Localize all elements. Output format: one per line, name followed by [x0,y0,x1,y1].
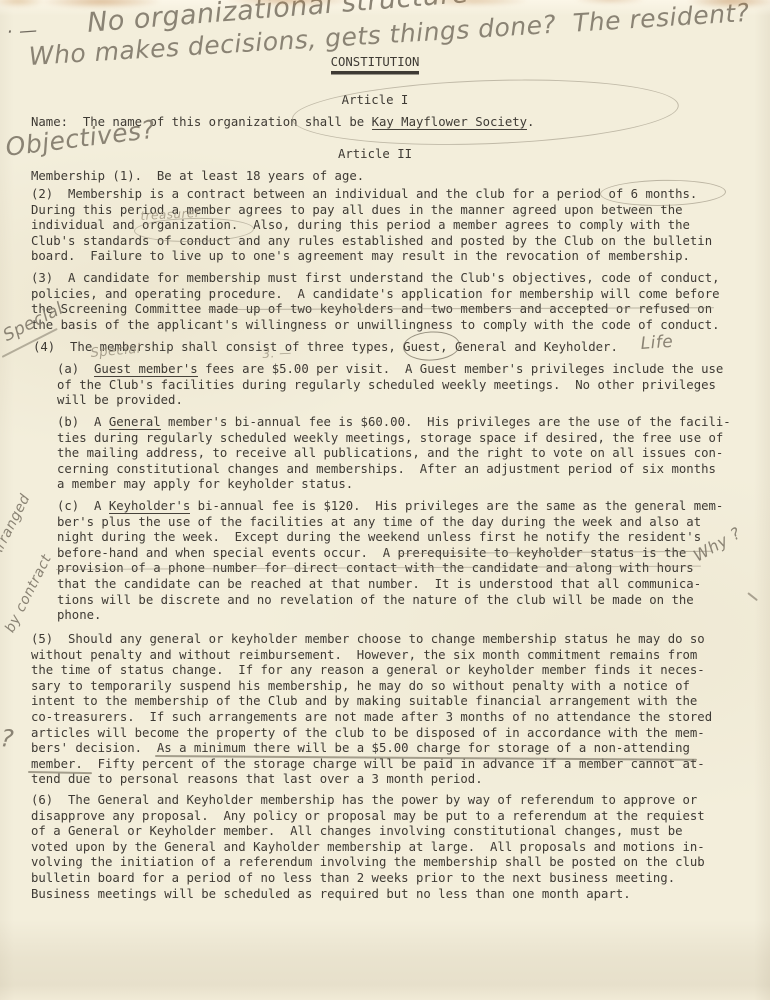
scanned-document-page: CONSTITUTIONArticle IName: The name of t… [0,0,770,1000]
paragraph-3-line-0-seg-0: (3) A candidate for membership must firs… [31,271,720,285]
article-1-heading: Article I [0,93,750,109]
paragraph-4-line-0: (4) The membership shall consist of thre… [33,340,618,356]
paragraph-4c-line-0-seg-2: bi-annual fee is $120. His privileges ar… [190,499,723,513]
paragraph-5-line-5-seg-0: co-treasurers. If such arrangements are … [31,710,712,724]
paragraph-4c-line-4-seg-0: provision of a phone number for direct c… [57,561,694,575]
paragraph-4c-line-0-seg-0: (c) A [57,499,109,513]
paragraph-2-line-4-seg-0: board. Failure to live up to one's agree… [31,249,690,263]
paragraph-3-line-1: policies, and operating procedure. A can… [31,287,720,303]
paragraph-2: (2) Membership is a contract between an … [31,187,712,265]
paragraph-5-line-7-seg-0: bers' decision. As a minimum there will … [31,741,690,755]
paragraph-4c-line-6: tions will be discrete and no revelation… [57,593,723,609]
paragraph-4a-line-1: of the Club's facilities during regularl… [57,378,723,394]
name-line-line-0-seg-0: Name: The name of this organization shal… [31,115,372,129]
paragraph-2-line-1: During this period a member agrees to pa… [31,203,712,219]
paragraph-5-line-2: the time of status change. If for any re… [31,663,712,679]
paragraph-4c-line-3-seg-0: before-hand and when special events occu… [57,546,686,560]
paragraph-4b-line-0-seg-1: General [109,415,161,430]
paragraph-4c-line-2-seg-0: night during the week. Except during the… [57,530,701,544]
article-2-heading-line-0-seg-0: Article II [338,147,412,161]
paragraph-3-line-2: the Screening Committee made up of two k… [31,302,720,318]
paragraph-5-line-0-seg-0: (5) Should any general or keyholder memb… [31,632,705,646]
paragraph-4c-line-1: ber's plus the use of the facilities at … [57,515,723,531]
paragraph-6-line-4: volving the initiation of a referendum i… [31,855,705,871]
paragraph-6-line-1: disapprove any proposal. Any policy or p… [31,809,705,825]
paragraph-4c-line-6-seg-0: tions will be discrete and no revelation… [57,593,694,607]
doc-title-line-0-seg-0: CONSTITUTION [331,55,420,72]
paragraph-5-line-7: bers' decision. As a minimum there will … [31,741,712,757]
paragraph-4c-line-5-seg-0: that the candidate can be reached at tha… [57,577,701,591]
paragraph-4a-line-2-seg-0: will be provided. [57,393,183,407]
paragraph-3-line-0: (3) A candidate for membership must firs… [31,271,720,287]
paragraph-5: (5) Should any general or keyholder memb… [31,632,712,788]
paragraph-6-line-1-seg-0: disapprove any proposal. Any policy or p… [31,809,705,823]
paragraph-5-line-6-seg-0: articles will become the property of the… [31,726,705,740]
paragraph-4-line-0-seg-0: (4) The membership shall consist of thre… [33,340,618,354]
paragraph-6-line-3-seg-0: voted upon by the General and Kayholder … [31,840,705,854]
paragraph-2-line-0-seg-0: (2) Membership is a contract between an … [31,187,697,201]
membership-1-line-line-0-seg-0: Membership (1). Be at least 18 years of … [31,169,364,183]
paragraph-4b-line-4: a member may apply for keyholder status. [57,477,731,493]
name-line-line-0-seg-2: . [527,115,534,129]
paragraph-6-line-2: of a General or Keyholder member. All ch… [31,824,705,840]
paragraph-6-line-5-seg-0: bulletin board for a period of no less t… [31,871,675,885]
paragraph-4a: (a) Guest member's fees are $5.00 per vi… [57,362,723,409]
paragraph-5-line-1: without penalty and without reimbursemen… [31,648,712,664]
paragraph-6-line-5: bulletin board for a period of no less t… [31,871,705,887]
doc-title-line-0: CONSTITUTION [0,55,750,71]
typed-document: CONSTITUTIONArticle IName: The name of t… [0,0,770,1000]
paragraph-4a-line-0-seg-0: (a) [57,362,94,376]
paragraph-2-line-3: Club's standards of conduct and any rule… [31,234,712,250]
paragraph-5-line-6: articles will become the property of the… [31,726,712,742]
paragraph-6-line-4-seg-0: volving the initiation of a referendum i… [31,855,705,869]
paragraph-4c-line-4: provision of a phone number for direct c… [57,561,723,577]
paragraph-4a-line-1-seg-0: of the Club's facilities during regularl… [57,378,716,392]
paragraph-5-line-4-seg-0: intent to the membership of the Club and… [31,694,697,708]
paragraph-4c-line-0-seg-1: Keyholder's [109,499,190,514]
paragraph-4b-line-2: the mailing address, to receive all publ… [57,446,731,462]
doc-title: CONSTITUTION [0,55,750,71]
paragraph-4c-line-7: phone. [57,608,723,624]
paragraph-4a-line-0-seg-2: fees are $5.00 per visit. A Guest member… [198,362,724,376]
paragraph-5-line-8: member. Fifty percent of the storage cha… [31,757,712,773]
paragraph-5-line-3: sary to temporarily suspend his membersh… [31,679,712,695]
paragraph-5-line-2-seg-0: the time of status change. If for any re… [31,663,705,677]
paragraph-4b-line-1: ties during regularly scheduled weekly m… [57,431,731,447]
paragraph-6-line-3: voted upon by the General and Kayholder … [31,840,705,856]
paragraph-6-line-6-seg-0: Business meetings will be scheduled as r… [31,887,631,901]
paragraph-3-line-2-seg-0: the Screening Committee made up of two k… [31,302,712,316]
paragraph-4c-line-1-seg-0: ber's plus the use of the facilities at … [57,515,701,529]
paragraph-4: (4) The membership shall consist of thre… [33,340,618,356]
paragraph-4b-line-3-seg-0: cerning constitutional changes and membe… [57,462,716,476]
paragraph-5-line-1-seg-0: without penalty and without reimbursemen… [31,648,697,662]
paragraph-6-line-2-seg-0: of a General or Keyholder member. All ch… [31,824,683,838]
paragraph-3-line-3: the basis of the applicant's willingness… [31,318,720,334]
paragraph-4b-line-3: cerning constitutional changes and membe… [57,462,731,478]
paragraph-4c-line-0: (c) A Keyholder's bi-annual fee is $120.… [57,499,723,515]
paragraph-2-line-3-seg-0: Club's standards of conduct and any rule… [31,234,712,248]
paragraph-4b-line-1-seg-0: ties during regularly scheduled weekly m… [57,431,723,445]
membership-1-line-line-0: Membership (1). Be at least 18 years of … [31,169,364,185]
paragraph-5-line-5: co-treasurers. If such arrangements are … [31,710,712,726]
membership-1-line: Membership (1). Be at least 18 years of … [31,169,364,185]
paragraph-4a-line-2: will be provided. [57,393,723,409]
paragraph-4c-line-3: before-hand and when special events occu… [57,546,723,562]
paragraph-5-line-9: tend due to personal reasons that last o… [31,772,712,788]
paragraph-2-line-0: (2) Membership is a contract between an … [31,187,712,203]
paragraph-4c-line-7-seg-0: phone. [57,608,101,622]
paragraph-4a-line-0: (a) Guest member's fees are $5.00 per vi… [57,362,723,378]
paragraph-2-line-4: board. Failure to live up to one's agree… [31,249,712,265]
paragraph-5-line-4: intent to the membership of the Club and… [31,694,712,710]
paragraph-5-line-3-seg-0: sary to temporarily suspend his membersh… [31,679,690,693]
paragraph-4c-line-5: that the candidate can be reached at tha… [57,577,723,593]
paragraph-2-line-2: individual and organization. Also, durin… [31,218,712,234]
paragraph-6: (6) The General and Keyholder membership… [31,793,705,902]
article-2-heading-line-0: Article II [0,147,750,163]
paragraph-4c: (c) A Keyholder's bi-annual fee is $120.… [57,499,723,624]
paragraph-2-line-2-seg-0: individual and organization. Also, durin… [31,218,690,232]
paragraph-4b-line-0-seg-2: member's bi-annual fee is $60.00. His pr… [161,415,731,429]
paragraph-4b-line-4-seg-0: a member may apply for keyholder status. [57,477,353,491]
paragraph-4c-line-2: night during the week. Except during the… [57,530,723,546]
paragraph-6-line-6: Business meetings will be scheduled as r… [31,887,705,903]
paragraph-6-line-0: (6) The General and Keyholder membership… [31,793,705,809]
paragraph-4b: (b) A General member's bi-annual fee is … [57,415,731,493]
article-1-heading-line-0-seg-0: Article I [342,93,409,107]
paragraph-6-line-0-seg-0: (6) The General and Keyholder membership… [31,793,697,807]
paragraph-4a-line-0-seg-1: Guest member's [94,362,198,377]
article-2-heading: Article II [0,147,750,163]
paragraph-2-line-1-seg-0: During this period a member agrees to pa… [31,203,683,217]
name-line-line-0-seg-1: Kay Mayflower Society [372,115,527,130]
name-line-line-0: Name: The name of this organization shal… [31,115,534,131]
paragraph-3-line-3-seg-0: the basis of the applicant's willingness… [31,318,720,332]
article-1-heading-line-0: Article I [0,93,750,109]
paragraph-4b-line-0-seg-0: (b) A [57,415,109,429]
name-line: Name: The name of this organization shal… [31,115,534,131]
paragraph-4b-line-0: (b) A General member's bi-annual fee is … [57,415,731,431]
paragraph-5-line-9-seg-0: tend due to personal reasons that last o… [31,772,483,786]
paragraph-3: (3) A candidate for membership must firs… [31,271,720,333]
paragraph-3-line-1-seg-0: policies, and operating procedure. A can… [31,287,720,301]
paragraph-4b-line-2-seg-0: the mailing address, to receive all publ… [57,446,723,460]
paragraph-5-line-8-seg-0: member. Fifty percent of the storage cha… [31,757,705,771]
paragraph-5-line-0: (5) Should any general or keyholder memb… [31,632,712,648]
